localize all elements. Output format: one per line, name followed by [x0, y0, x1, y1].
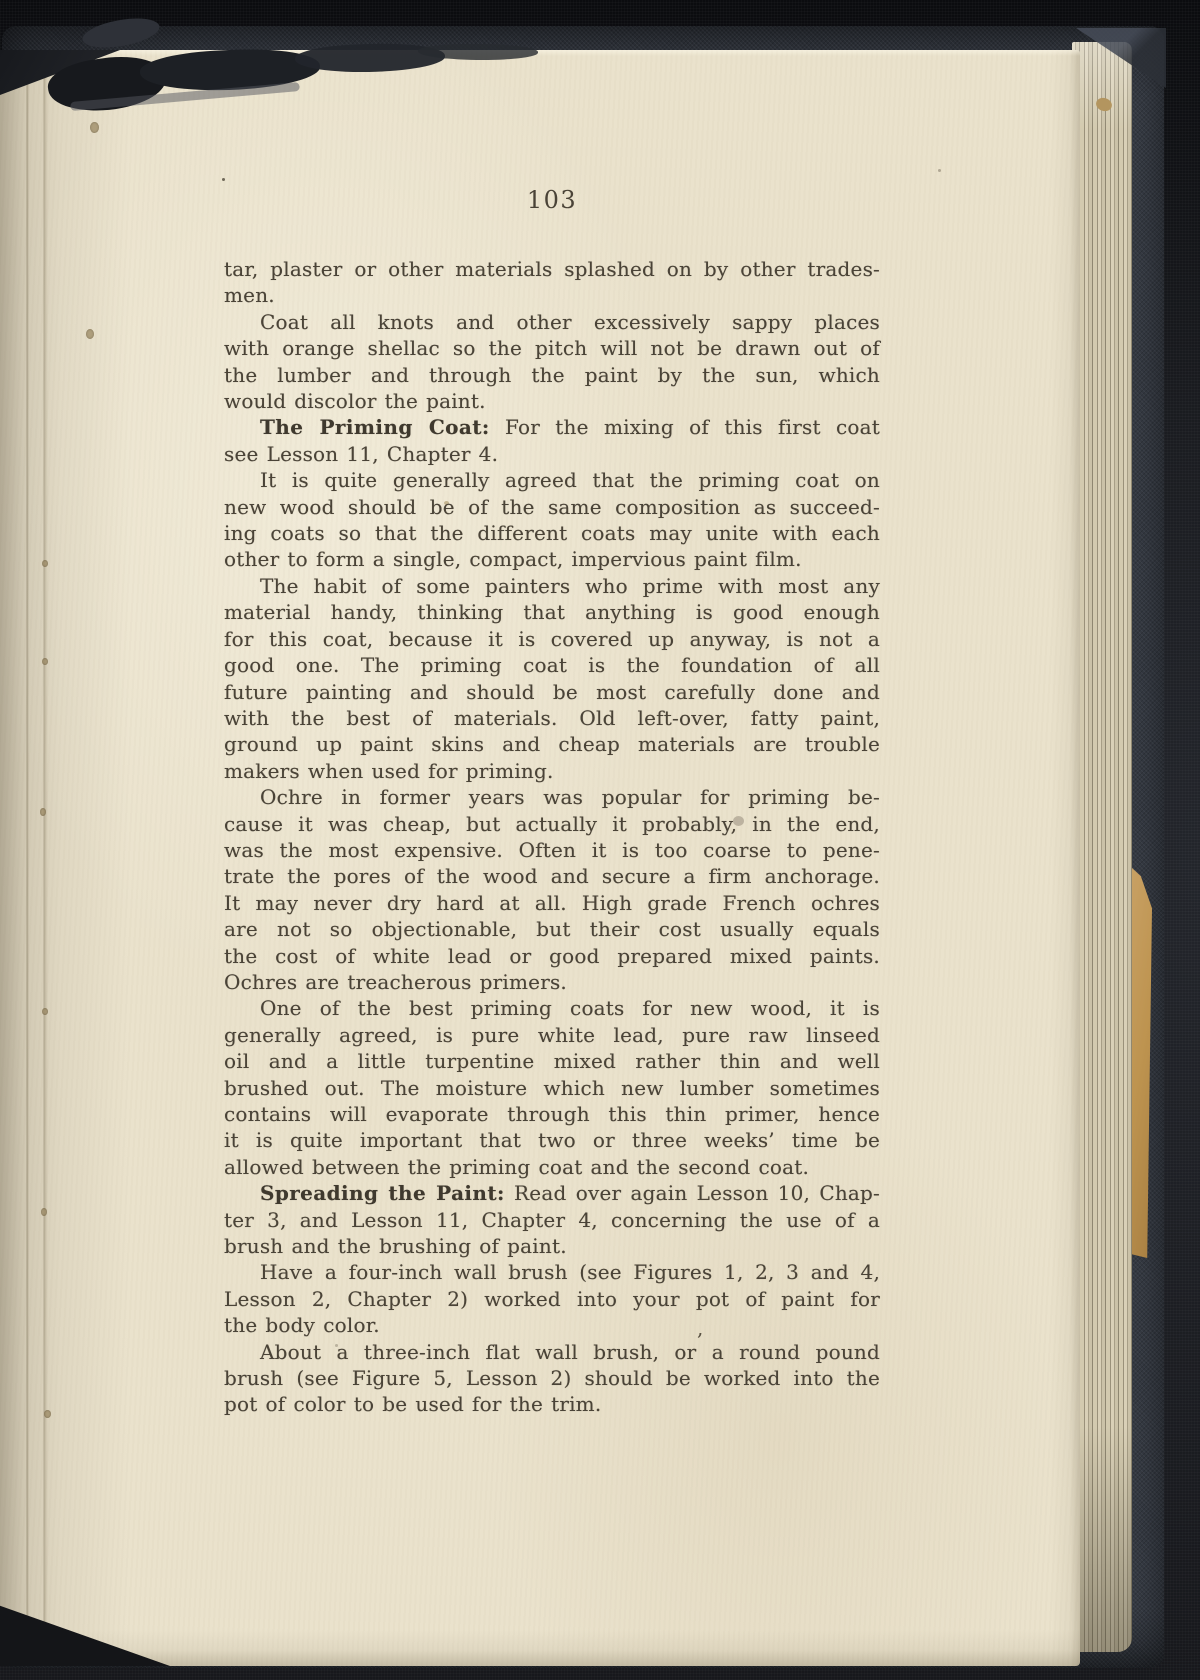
text-line: was the most expensive. Often it is too … — [224, 837, 880, 863]
binding-stitch-hole — [90, 122, 99, 133]
text-line: It is quite generally agreed that the pr… — [224, 467, 880, 493]
text-span: Read over again Lesson 10, Chap- — [514, 1181, 880, 1205]
text-line: ing coats so that the different coats ma… — [224, 520, 880, 546]
paper-speck — [938, 169, 941, 172]
text-line: pot of color to be used for the trim. — [224, 1391, 880, 1417]
text-line: good one. The priming coat is the founda… — [224, 652, 880, 678]
text-line: tar, plaster or other materials splashed… — [224, 256, 880, 282]
text-line: ground up paint skins and cheap material… — [224, 731, 880, 757]
paragraph: Ochre in former years was popular for pr… — [224, 784, 880, 995]
text-line: makers when used for priming. — [224, 758, 880, 784]
text-line: material handy, thinking that anything i… — [224, 599, 880, 625]
binding-stitch-hole — [42, 658, 48, 665]
text-line: future painting and should be most caref… — [224, 679, 880, 705]
text-line: Ochre in former years was popular for pr… — [224, 784, 880, 810]
text-line: contains will evaporate through this thi… — [224, 1101, 880, 1127]
text-line: brushed out. The moisture which new lumb… — [224, 1075, 880, 1101]
text-line: the lumber and through the paint by the … — [224, 362, 880, 388]
text-line: Coat all knots and other excessively sap… — [224, 309, 880, 335]
text-line: oil and a little turpentine mixed rather… — [224, 1048, 880, 1074]
text-line: new wood should be of the same compositi… — [224, 494, 880, 520]
text-line: it is quite important that two or three … — [224, 1127, 880, 1153]
binding-stitch-hole — [42, 560, 48, 567]
binding-stitch-hole — [44, 1410, 51, 1418]
text-line: The Priming Coat: For the mixing of this… — [224, 414, 880, 440]
binding-stitch-hole — [40, 808, 46, 816]
text-line: Spreading the Paint: Read over again Les… — [224, 1180, 880, 1206]
paragraph: Spreading the Paint: Read over again Les… — [224, 1180, 880, 1259]
text-line: The habit of some painters who prime wit… — [224, 573, 880, 599]
text-line: men. — [224, 282, 880, 308]
paragraph: Have a four-inch wall brush (see Figures… — [224, 1259, 880, 1338]
text-line: Lesson 2, Chapter 2) worked into your po… — [224, 1286, 880, 1312]
text-line: are not so objectionable, but their cost… — [224, 916, 880, 942]
text-line: brush and the brushing of paint. — [224, 1233, 880, 1259]
text-line: with the best of materials. Old left-ove… — [224, 705, 880, 731]
page-text-block: tar, plaster or other materials splashed… — [224, 256, 880, 1418]
text-span: For the mixing of this first coat — [505, 415, 880, 439]
page-edge-stack — [1072, 42, 1132, 1652]
heading-the-priming-coat: The Priming Coat: — [260, 415, 490, 439]
text-line: for this coat, because it is covered up … — [224, 626, 880, 652]
paragraph: The habit of some painters who prime wit… — [224, 573, 880, 784]
binding-stitch-hole — [41, 1208, 47, 1216]
text-line: with orange shellac so the pitch will no… — [224, 335, 880, 361]
text-line: trate the pores of the wood and secure a… — [224, 863, 880, 889]
paper-speck — [222, 178, 225, 181]
paragraph: Coat all knots and other excessively sap… — [224, 309, 880, 415]
text-line: It may never dry hard at all. High grade… — [224, 890, 880, 916]
binding-stitch-hole — [86, 329, 94, 339]
text-line: Have a four-inch wall brush (see Figures… — [224, 1259, 880, 1285]
text-line: the body color. — [224, 1312, 880, 1338]
paragraph: tar, plaster or other materials splashed… — [224, 256, 880, 309]
paragraph: It is quite generally agreed that the pr… — [224, 467, 880, 573]
text-line: other to form a single, compact, impervi… — [224, 546, 880, 572]
text-line: would discolor the paint. — [224, 388, 880, 414]
stray-print-mark: , — [697, 1316, 703, 1340]
text-line: One of the best priming coats for new wo… — [224, 995, 880, 1021]
text-line: ter 3, and Lesson 11, Chapter 4, concern… — [224, 1207, 880, 1233]
heading-spreading-the-paint: Spreading the Paint: — [260, 1181, 505, 1205]
text-line: Ochres are treacherous primers. — [224, 969, 880, 995]
paragraph: One of the best priming coats for new wo… — [224, 995, 880, 1180]
text-line: allowed between the priming coat and the… — [224, 1154, 880, 1180]
text-line: the cost of white lead or good prepared … — [224, 943, 880, 969]
paragraph: The Priming Coat: For the mixing of this… — [224, 414, 880, 467]
text-line: see Lesson 11, Chapter 4. — [224, 441, 880, 467]
book-scan: 103 tar, plaster or other materials spla… — [0, 0, 1200, 1680]
page-number: 103 — [224, 186, 880, 214]
text-line: About a three-inch flat wall brush, or a… — [224, 1339, 880, 1365]
binding-stitch-hole — [42, 1008, 48, 1015]
text-line: generally agreed, is pure white lead, pu… — [224, 1022, 880, 1048]
paragraph: About a three-inch flat wall brush, or a… — [224, 1339, 880, 1418]
text-line: brush (see Figure 5, Lesson 2) should be… — [224, 1365, 880, 1391]
text-line: cause it was cheap, but actually it prob… — [224, 811, 880, 837]
